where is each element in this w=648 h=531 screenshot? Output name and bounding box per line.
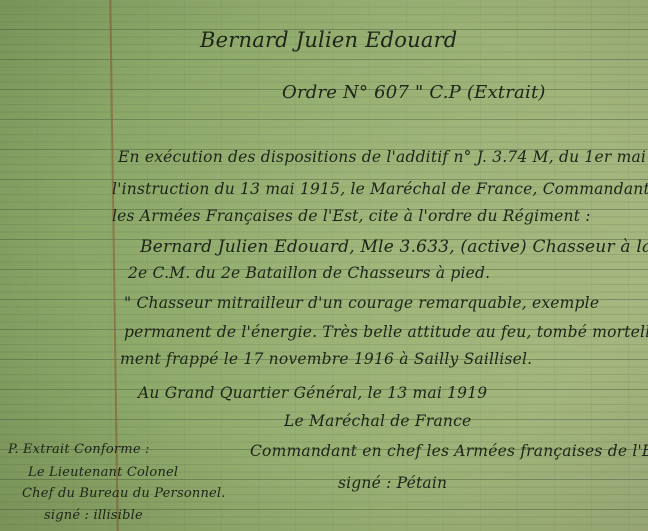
soldier-name-heading: Bernard Julien Edouard bbox=[200, 28, 457, 52]
place-date-line: Au Grand Quartier Général, le 13 mai 191… bbox=[138, 384, 487, 402]
citation-text-line: " Chasseur mitrailleur d'un courage rema… bbox=[124, 294, 599, 312]
citation-soldier-line: Bernard Julien Edouard, Mle 3.633, (acti… bbox=[140, 237, 648, 257]
certification-signature: signé : illisible bbox=[44, 508, 143, 523]
certification-line: P. Extrait Conforme : bbox=[8, 442, 150, 457]
certification-line: Chef du Bureau du Personnel. bbox=[22, 486, 226, 501]
citation-text-line: permanent de l'énergie. Très belle attit… bbox=[124, 323, 648, 341]
citation-text-line: ment frappé le 17 novembre 1916 à Sailly… bbox=[120, 350, 532, 368]
order-number-heading: Ordre N° 607 " C.P (Extrait) bbox=[282, 82, 546, 103]
signatory-role-line: Commandant en chef les Armées françaises… bbox=[250, 442, 648, 460]
certification-line: Le Lieutenant Colonel bbox=[28, 465, 178, 480]
signatory-title-line: Le Maréchal de France bbox=[284, 412, 471, 430]
citation-line: En exécution des dispositions de l'addit… bbox=[118, 148, 648, 166]
signature-line: signé : Pétain bbox=[338, 474, 447, 492]
citation-line: les Armées Françaises de l'Est, cite à l… bbox=[112, 207, 591, 225]
citation-line: 2e C.M. du 2e Bataillon de Chasseurs à p… bbox=[128, 264, 490, 282]
citation-line: l'instruction du 13 mai 1915, le Marécha… bbox=[112, 180, 648, 198]
